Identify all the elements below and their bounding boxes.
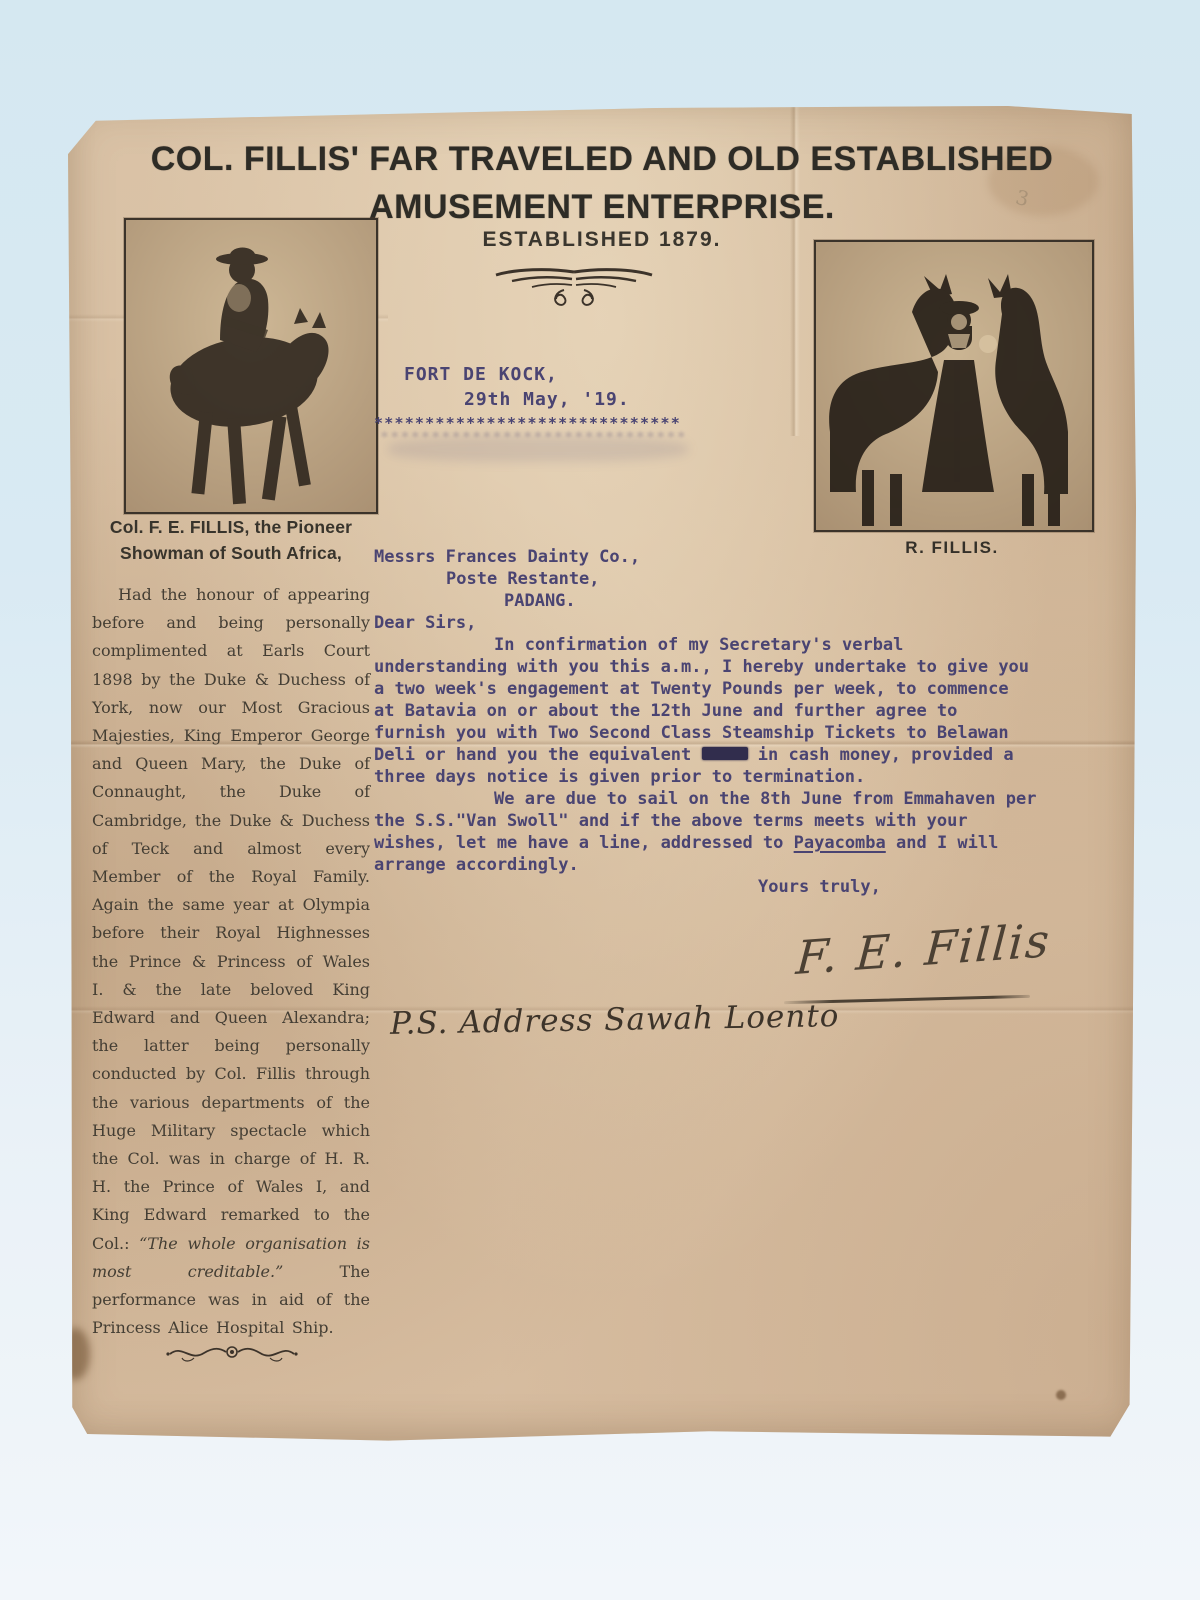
scroll-ornament-icon (164, 1338, 300, 1368)
letter-paragraph-1: In confirmation of my Secretary's verbal… (374, 634, 1038, 788)
redacted-amount (702, 747, 748, 760)
biography-text: Had the honour of appearing before and b… (92, 581, 370, 1342)
scroll-ornament (164, 1338, 300, 1368)
ink-stain (60, 1328, 90, 1380)
recipient-line-city: PADANG. (374, 590, 1038, 612)
photo-r-fillis-with-horses (814, 240, 1094, 532)
salutation: Dear Sirs, (374, 612, 1038, 634)
letter-paragraph-2: We are due to sail on the 8th June from … (374, 788, 1038, 876)
ink-smudge (388, 436, 688, 462)
flourish-ornament-icon (486, 262, 662, 312)
biography-heading-line2: Showman of South Africa, (92, 540, 370, 566)
closing-line: Yours truly, (758, 876, 1038, 898)
letter-document: COL. FILLIS' FAR TRAVELED AND OLD ESTABL… (68, 106, 1136, 1442)
biography-column: Col. F. E. FILLIS, the Pioneer Showman o… (92, 514, 370, 1342)
horse-rider-illustration (126, 220, 376, 512)
dateline-place: FORT DE KOCK, (404, 364, 558, 385)
letterhead-title-line1: COL. FILLIS' FAR TRAVELED AND OLD ESTABL… (68, 140, 1136, 179)
recipient-line-company: Messrs Frances Dainty Co., (374, 546, 1038, 568)
postscript-handwritten: P.S. Address Sawah Loento (390, 998, 840, 1042)
photo-col-fillis-on-horse (124, 218, 378, 514)
dateline-date: 29th May, '19. (464, 389, 630, 410)
payacomba-underlined: Payacomba (794, 833, 886, 853)
recipient-line-poste: Poste Restante, (374, 568, 1038, 590)
flourish-ornament (486, 262, 662, 312)
biography-heading-line1: Col. F. E. FILLIS, the Pioneer (92, 514, 370, 540)
two-horses-figure-illustration (816, 242, 1092, 530)
small-speck (1056, 1390, 1066, 1400)
letter-body: Messrs Frances Dainty Co., Poste Restant… (374, 546, 1038, 898)
signature-f-e-fillis: F. E. Fillis (794, 913, 1052, 985)
biography-text-part1: Had the honour of appearing before and b… (92, 585, 370, 1253)
